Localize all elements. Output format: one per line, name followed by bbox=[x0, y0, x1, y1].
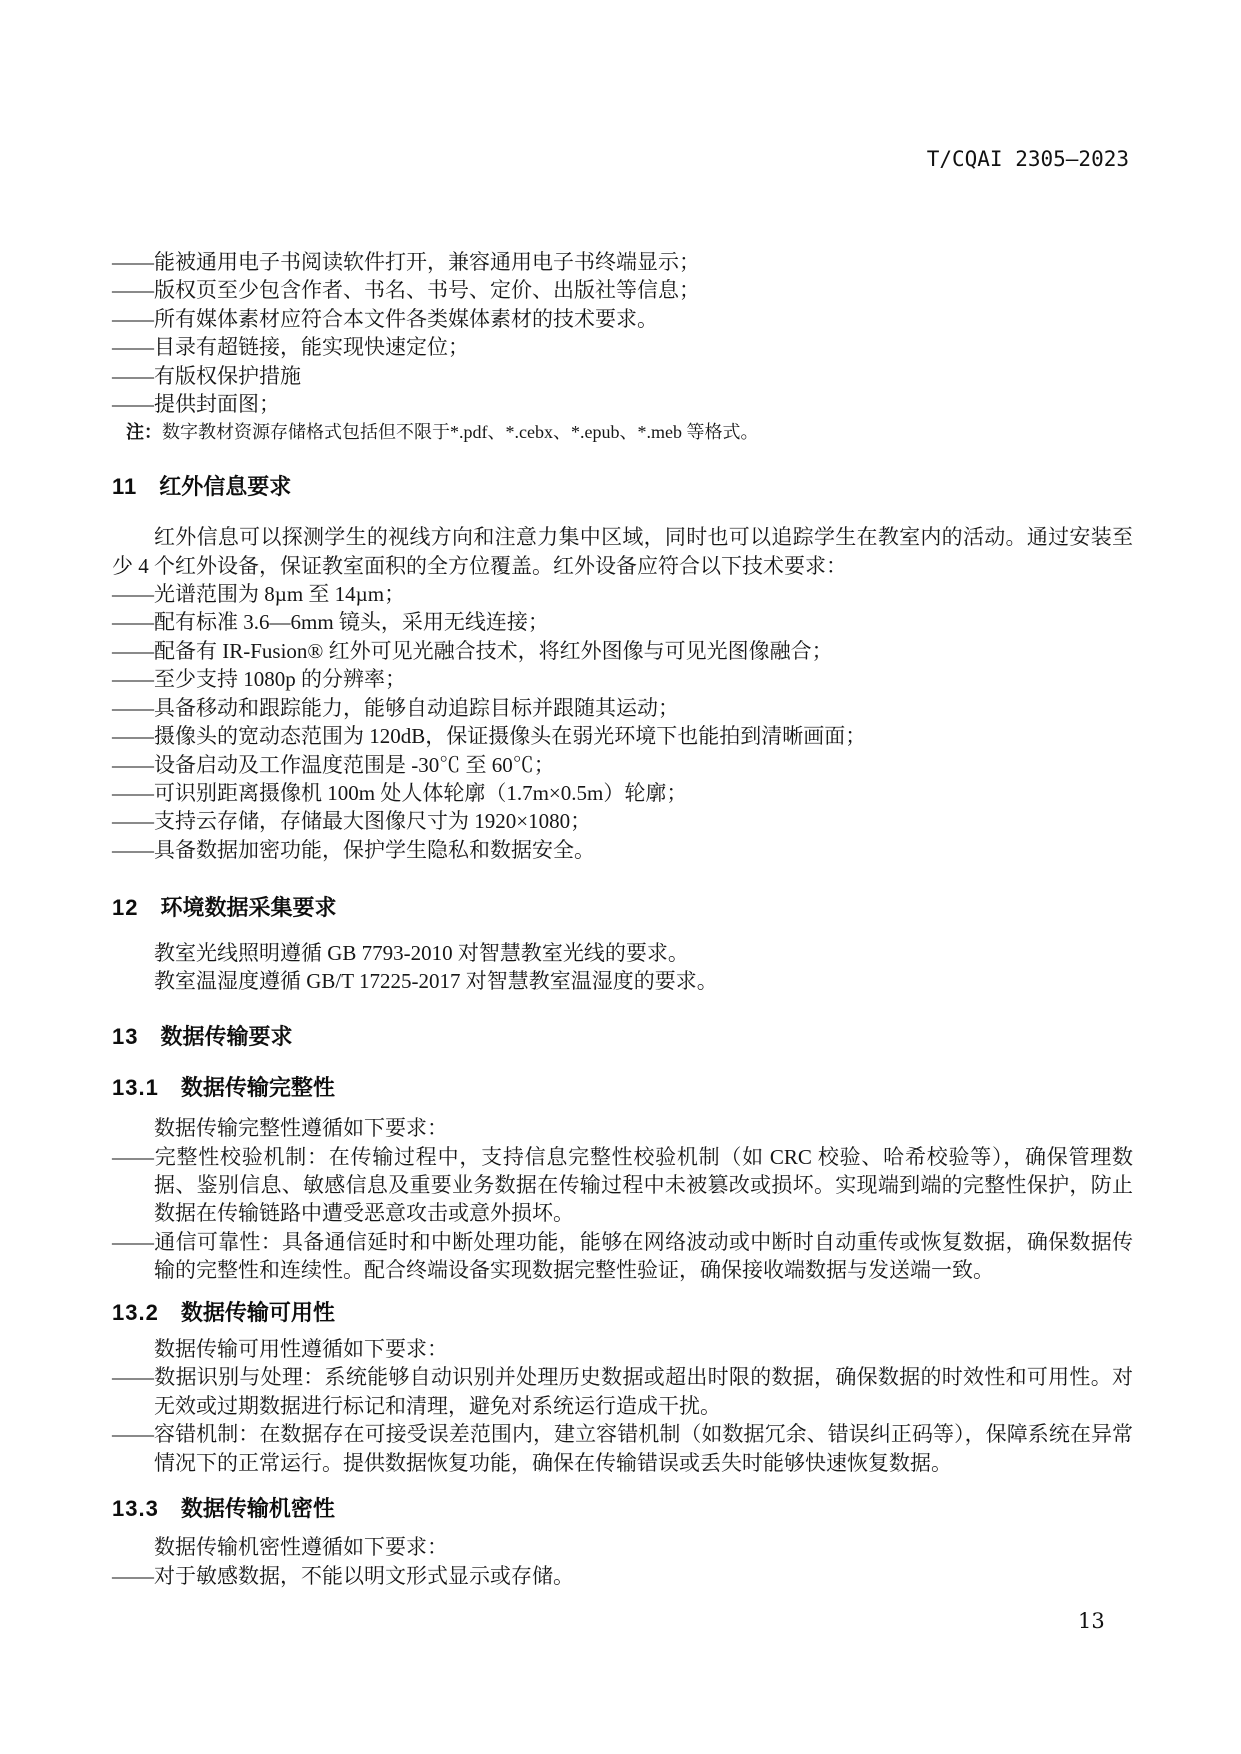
list-item: ——数据识别与处理：系统能够自动识别并处理历史数据或超出时限的数据，确保数据的时… bbox=[112, 1363, 1133, 1420]
note: 注：数字教材资源存储格式包括但不限于*.pdf、*.cebx、*.epub、*.… bbox=[112, 418, 1133, 446]
list-item: ——容错机制：在数据存在可接受误差范围内，建立容错机制（如数据冗余、错误纠正码等… bbox=[112, 1420, 1133, 1477]
subsection-title: 数据传输机密性 bbox=[181, 1496, 335, 1521]
list-item: ——至少支持 1080p 的分辨率； bbox=[112, 665, 1133, 693]
list-item: ——目录有超链接，能实现快速定位； bbox=[112, 333, 1133, 361]
subsection-title: 数据传输完整性 bbox=[181, 1075, 335, 1100]
page-number: 13 bbox=[1078, 1609, 1105, 1633]
ir-requirements-list: ——光谱范围为 8µm 至 14µm； ——配有标准 3.6—6mm 镜头，采用… bbox=[112, 580, 1133, 864]
list-item: ——具备移动和跟踪能力，能够自动追踪目标并跟随其运动； bbox=[112, 694, 1133, 722]
subsection-title: 数据传输可用性 bbox=[181, 1300, 335, 1325]
list-item: ——提供封面图； bbox=[112, 390, 1133, 418]
list-item: ——可识别距离摄像机 100m 处人体轮廓（1.7m×0.5m）轮廓； bbox=[112, 779, 1133, 807]
list-item: ——摄像头的宽动态范围为 120dB，保证摄像头在弱光环境下也能拍到清晰画面； bbox=[112, 722, 1133, 750]
list-item: ——配有标准 3.6—6mm 镜头，采用无线连接； bbox=[112, 608, 1133, 636]
section-number: 12 bbox=[112, 894, 138, 922]
paragraph: 数据传输可用性遵循如下要求： bbox=[112, 1335, 1133, 1363]
list-item: ——通信可靠性：具备通信延时和中断处理功能，能够在网络波动或中断时自动重传或恢复… bbox=[112, 1228, 1133, 1285]
standard-number-header: T/CQAI 2305—2023 bbox=[927, 147, 1129, 171]
subsection-number: 13.3 bbox=[112, 1495, 159, 1523]
list-item: ——设备启动及工作温度范围是 -30℃ 至 60℃； bbox=[112, 751, 1133, 779]
intro-list: ——能被通用电子书阅读软件打开，兼容通用电子书终端显示； ——版权页至少包含作者… bbox=[112, 248, 1133, 418]
section-heading-11: 11红外信息要求 bbox=[112, 473, 1133, 501]
list-item: ——具备数据加密功能，保护学生隐私和数据安全。 bbox=[112, 836, 1133, 864]
subsection-number: 13.1 bbox=[112, 1074, 159, 1102]
section-title: 数据传输要求 bbox=[160, 1024, 292, 1049]
list-item: ——版权页至少包含作者、书名、书号、定价、出版社等信息； bbox=[112, 276, 1133, 304]
list-item: ——完整性校验机制：在传输过程中，支持信息完整性校验机制（如 CRC 校验、哈希… bbox=[112, 1143, 1133, 1228]
subsection-heading-13-1: 13.1数据传输完整性 bbox=[112, 1074, 1133, 1102]
list-item: ——能被通用电子书阅读软件打开，兼容通用电子书终端显示； bbox=[112, 248, 1133, 276]
integrity-list: ——完整性校验机制：在传输过程中，支持信息完整性校验机制（如 CRC 校验、哈希… bbox=[112, 1143, 1133, 1285]
subsection-heading-13-3: 13.3数据传输机密性 bbox=[112, 1495, 1133, 1523]
list-item: ——光谱范围为 8µm 至 14µm； bbox=[112, 580, 1133, 608]
list-item: ——配备有 IR-Fusion® 红外可见光融合技术，将红外图像与可见光图像融合… bbox=[112, 637, 1133, 665]
availability-list: ——数据识别与处理：系统能够自动识别并处理历史数据或超出时限的数据，确保数据的时… bbox=[112, 1363, 1133, 1477]
note-text: 数字教材资源存储格式包括但不限于*.pdf、*.cebx、*.epub、*.me… bbox=[162, 422, 758, 442]
list-item: ——所有媒体素材应符合本文件各类媒体素材的技术要求。 bbox=[112, 305, 1133, 333]
list-item: ——对于敏感数据，不能以明文形式显示或存储。 bbox=[112, 1562, 1133, 1590]
list-item: ——有版权保护措施 bbox=[112, 362, 1133, 390]
section-heading-12: 12环境数据采集要求 bbox=[112, 894, 1133, 922]
paragraph: 数据传输完整性遵循如下要求： bbox=[112, 1114, 1133, 1142]
document-page: T/CQAI 2305—2023 ——能被通用电子书阅读软件打开，兼容通用电子书… bbox=[0, 0, 1241, 1754]
section-heading-13: 13数据传输要求 bbox=[112, 1023, 1133, 1051]
subsection-heading-13-2: 13.2数据传输可用性 bbox=[112, 1299, 1133, 1327]
section-number: 11 bbox=[112, 473, 137, 501]
paragraph: 数据传输机密性遵循如下要求： bbox=[112, 1533, 1133, 1561]
section-title: 环境数据采集要求 bbox=[160, 895, 336, 920]
note-label: 注： bbox=[126, 422, 162, 442]
section-title: 红外信息要求 bbox=[159, 474, 291, 499]
confidentiality-list: ——对于敏感数据，不能以明文形式显示或存储。 bbox=[112, 1562, 1133, 1590]
paragraph: 教室光线照明遵循 GB 7793-2010 对智慧教室光线的要求。 bbox=[112, 939, 1133, 967]
page-content: ——能被通用电子书阅读软件打开，兼容通用电子书终端显示； ——版权页至少包含作者… bbox=[112, 248, 1133, 1590]
list-item: ——支持云存储，存储最大图像尺寸为 1920×1080； bbox=[112, 807, 1133, 835]
section-number: 13 bbox=[112, 1023, 138, 1051]
subsection-number: 13.2 bbox=[112, 1299, 159, 1327]
paragraph: 教室温湿度遵循 GB/T 17225-2017 对智慧教室温湿度的要求。 bbox=[112, 967, 1133, 995]
paragraph: 红外信息可以探测学生的视线方向和注意力集中区域，同时也可以追踪学生在教室内的活动… bbox=[112, 523, 1133, 580]
